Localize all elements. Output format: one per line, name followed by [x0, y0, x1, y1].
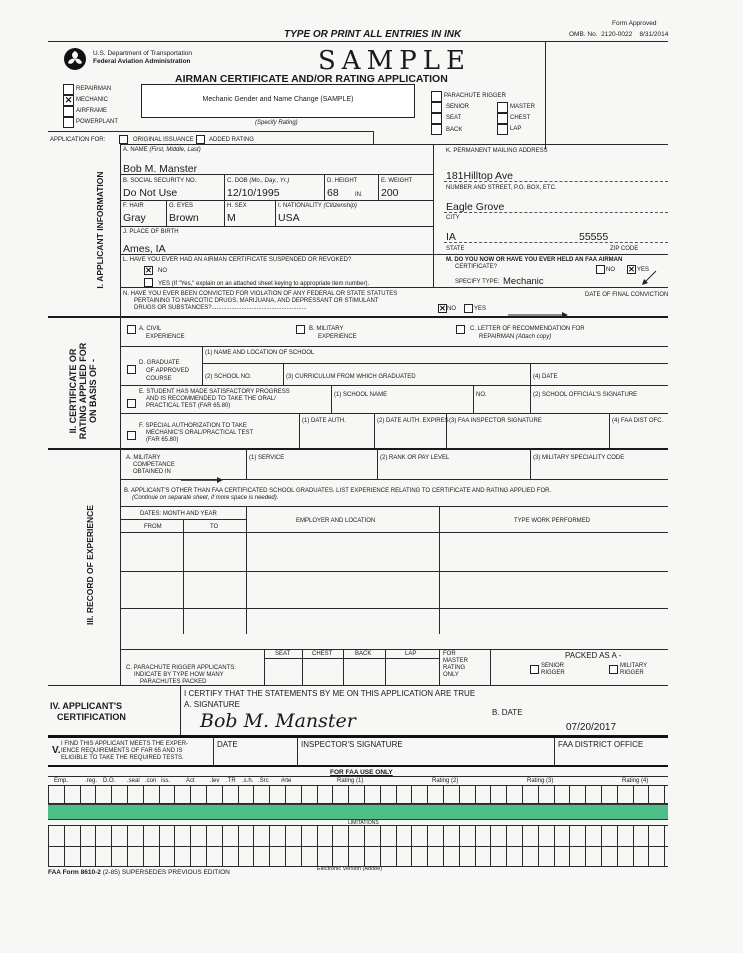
- sex-label: H. SEX: [227, 203, 247, 210]
- original-issuance-label: ORIGINAL ISSUANCE: [133, 137, 194, 144]
- eyes-label: G. EYES: [169, 203, 193, 210]
- zip-label: ZIP CODE: [610, 246, 638, 253]
- sex-field[interactable]: M: [227, 212, 236, 224]
- civil-experience-checkbox[interactable]: [127, 325, 136, 334]
- military-rigger-label-1: MILITARY: [620, 663, 647, 670]
- senior-checkbox[interactable]: [431, 102, 442, 113]
- school-no-label: (2) SCHOOL NO.: [205, 374, 251, 381]
- height-label: D. HEIGHT: [327, 178, 357, 185]
- held-cert-question-1: M. DO YOU NOW OR HAVE YOU EVER HELD AN F…: [446, 257, 622, 264]
- specialty-code-label: (3) MILITARY SPECIALITY CODE: [533, 455, 624, 462]
- master-rating-label-1: FOR: [443, 651, 456, 658]
- faa-use-title: FOR FAA USE ONLY: [330, 769, 393, 776]
- experience-row[interactable]: [121, 609, 668, 634]
- dob-field[interactable]: 12/10/1995: [227, 187, 280, 199]
- rating-value: Mechanic Gender and Name Change (SAMPLE): [142, 96, 414, 103]
- experience-row[interactable]: [121, 572, 668, 608]
- e-no-label: NO.: [476, 392, 487, 399]
- date-label: B. DATE: [492, 708, 523, 717]
- birthplace-label: J. PLACE OF BIRTH: [123, 229, 179, 236]
- military-rigger-checkbox[interactable]: [609, 665, 618, 674]
- special-auth-label-1: F. SPECIAL AUTHORIZATION TO TAKE: [139, 423, 247, 430]
- suspended-yes-checkbox[interactable]: [144, 278, 153, 287]
- inspector-date-label: DATE: [217, 740, 238, 749]
- held-cert-no-checkbox[interactable]: [596, 265, 605, 274]
- convicted-line2: PERTAINING TO NARCOTIC DRUGS, MARIJUANA,…: [134, 298, 378, 305]
- repairman-label: REPAIRMAN: [76, 86, 111, 93]
- student-progress-label-2: AND IS RECOMMENDED TO TAKE THE ORAL/: [146, 396, 276, 403]
- convicted-no-checkbox[interactable]: ✕: [438, 304, 447, 313]
- student-progress-checkbox[interactable]: [127, 399, 136, 408]
- sample-stamp: SAMPLE: [318, 46, 471, 76]
- chest-label: CHEST: [510, 115, 530, 122]
- master-label: MASTER: [510, 104, 535, 111]
- convicted-yes-checkbox[interactable]: [464, 304, 473, 313]
- address-label: K. PERMANENT MAILING ADDRESS: [446, 148, 548, 155]
- suspended-no-label: NO: [158, 268, 167, 275]
- service-label: (1) SERVICE: [249, 455, 284, 462]
- nationality-label: I. NATIONALITY (Citizenship): [278, 203, 357, 210]
- military-competance-label-3: OBTAINED IN: [133, 469, 171, 476]
- back-label: BACK: [446, 127, 462, 134]
- ssn-label: B. SOCIAL SECURITY NO.: [123, 178, 196, 185]
- arrow-right-icon: [508, 305, 568, 323]
- graduate-label-1: D. GRADUATE: [139, 360, 180, 367]
- name-label: A. NAME (First, Middle, Last): [123, 147, 201, 154]
- dob-label: C. DOB (Mo., Day., Yr.): [227, 178, 289, 185]
- rank-label: (2) RANK OR PAY LEVEL: [380, 455, 449, 462]
- form-id: FAA Form 8610-2 (2-85) SUPERSEDES PREVIO…: [48, 869, 230, 876]
- work-performed-header: TYPE WORK PERFORMED: [514, 518, 590, 525]
- packed-as-label: PACKED AS A -: [565, 651, 621, 660]
- added-rating-label: ADDED RATING: [209, 137, 254, 144]
- school-name-location-label: (1) NAME AND LOCATION OF SCHOOL: [205, 350, 314, 357]
- military-experience-label-2: EXPERIENCE: [318, 334, 357, 341]
- parachute-applicants-1: C. PARACHUTE RIGGER APPLICANTS:: [126, 665, 236, 672]
- airframe-label: AIRFRAME: [76, 108, 107, 115]
- lap-count-field[interactable]: [386, 659, 438, 685]
- street-label: NUMBER AND STREET, P.O. BOX, ETC.: [446, 185, 557, 192]
- letter-recommendation-label-2: REPAIRMAN (Attach copy): [479, 334, 551, 341]
- section5-line2: IENCE REQUIREMENTS OF FAR 65 AND IS: [61, 748, 182, 755]
- master-rating-label-2: MASTER: [443, 658, 468, 665]
- section5-line3: ELIGIBLE TO TAKE THE REQUIRED TESTS.: [61, 755, 184, 762]
- master-checkbox[interactable]: [497, 102, 508, 113]
- green-band: [48, 804, 668, 820]
- back-count-field[interactable]: [344, 659, 384, 685]
- held-cert-question-2: CERTIFICATE?: [455, 264, 497, 271]
- graduate-date-label: (4) DATE: [533, 374, 558, 381]
- military-competance-label-1: A. MILITARY: [126, 455, 160, 462]
- parachute-applicants-2: INDICATE BY TYPE HOW MANY: [134, 672, 224, 679]
- specify-type-label: SPECIFY TYPE:: [455, 279, 499, 286]
- mechanic-checkbox[interactable]: ✕: [63, 95, 74, 106]
- special-auth-label-2: MECHANIC'S ORAL/PRACTICAL TEST: [146, 430, 253, 437]
- school-official-signature-label: (2) SCHOOL OFFICIAL'S SIGNATURE: [533, 392, 637, 399]
- powerplant-label: POWERPLANT: [76, 119, 118, 126]
- employer-header: EMPLOYER AND LOCATION: [296, 518, 375, 525]
- civil-experience-label-1: A. CIVIL: [139, 326, 161, 333]
- application-for-label: APPLICATION FOR:: [50, 137, 105, 144]
- military-experience-label-1: B. MILITARY: [309, 326, 343, 333]
- certify-statement: I CERTIFY THAT THE STATEMENTS BY ME ON T…: [184, 689, 475, 698]
- curriculum-label: (3) CURRICULUM FROM WHICH GRADUATED: [286, 374, 416, 381]
- seat-count-header: SEAT: [275, 651, 290, 658]
- suspended-question: L. HAVE YOU EVER HAD AN AIRMAN CERTIFICA…: [123, 257, 351, 264]
- dates-header: DATES: MONTH AND YEAR: [140, 511, 217, 518]
- agency-line1: U.S. Department of Transportation: [93, 50, 192, 57]
- faa-dist-ofc-label: (4) FAA DIST OFC.: [612, 418, 663, 425]
- agency-line2: Federal Aviation Administration: [93, 58, 191, 65]
- section1-title: I. APPLICANT INFORMATION: [95, 150, 105, 310]
- student-progress-label-1: E. STUDENT HAS MADE SATISFACTORY PROGRES…: [139, 389, 290, 396]
- parachute-rigger-checkbox[interactable]: [431, 91, 442, 102]
- section4-title-2: CERTIFICATION: [57, 712, 126, 722]
- nationality-field[interactable]: USA: [278, 212, 300, 224]
- inspector-signature-label: INSPECTOR'S SIGNATURE: [301, 740, 403, 749]
- held-cert-no-label: NO: [606, 267, 615, 274]
- height-field[interactable]: 68: [327, 187, 339, 199]
- to-header: TO: [210, 524, 218, 531]
- master-rating-label-3: RATING: [443, 665, 465, 672]
- back-count-header: BACK: [355, 651, 371, 658]
- convicted-yes-label: YES: [474, 306, 486, 313]
- back-checkbox[interactable]: [431, 124, 442, 135]
- student-progress-label-3: PRACTICAL TEST (FAR 65.80): [146, 403, 230, 410]
- signature-field[interactable]: Bob M. Manster: [200, 710, 356, 732]
- omb-number: OMB. No. 2120-0022 8/31/2014: [569, 31, 668, 38]
- airframe-checkbox[interactable]: [63, 106, 74, 117]
- letter-recommendation-label-1: C. LETTER OF RECOMMENDATION FOR: [470, 326, 585, 333]
- senior-rigger-checkbox[interactable]: [530, 665, 539, 674]
- electronic-version: Electronic Version (Adobe): [317, 866, 382, 872]
- ink-instruction: TYPE OR PRINT ALL ENTRIES IN INK: [284, 29, 461, 40]
- powerplant-checkbox[interactable]: [63, 117, 74, 128]
- graduate-course-checkbox[interactable]: [127, 365, 136, 374]
- signature-label: A. SIGNATURE: [184, 700, 240, 709]
- ssn-field[interactable]: Do Not Use: [123, 187, 177, 199]
- section3-title: III. RECORD OF EXPERIENCE: [85, 485, 95, 645]
- eyes-field[interactable]: Brown: [169, 212, 199, 224]
- experience-row[interactable]: [121, 533, 668, 571]
- section5-line1: I FIND THIS APPLICANT MEETS THE EXPER-: [61, 741, 188, 748]
- added-rating-checkbox[interactable]: [196, 135, 205, 144]
- weight-label: E. WEIGHT: [381, 178, 412, 185]
- section4-title-1: IV. APPLICANT'S: [50, 701, 122, 711]
- limitations-grid[interactable]: [48, 825, 668, 866]
- faa-inspector-signature-label: (3) FAA INSPECTOR SIGNATURE: [449, 418, 542, 425]
- mechanic-label: MECHANIC: [76, 97, 108, 104]
- convicted-line3: DRUGS OR SUBSTANCES?....................…: [134, 305, 307, 312]
- convicted-no-label: NO: [447, 306, 456, 313]
- lap-count-header: LAP: [405, 651, 416, 658]
- master-rating-label-4: ONLY: [443, 672, 459, 679]
- hair-label: F. HAIR: [123, 203, 144, 210]
- date-auth-expires-label: (2) DATE AUTH. EXPIRES: [377, 418, 449, 425]
- experience-instructions-1: B. APPLICANT'S OTHER THAN FAA CERTIFICAT…: [124, 488, 551, 495]
- height-unit: IN.: [355, 192, 363, 199]
- date-field[interactable]: 07/20/2017: [566, 722, 616, 733]
- senior-rigger-label-1: SENIOR: [541, 663, 564, 670]
- chest-count-header: CHEST: [312, 651, 332, 658]
- graduate-label-3: COURSE: [146, 376, 172, 383]
- chest-count-field[interactable]: [303, 659, 342, 685]
- senior-rigger-label-2: RIGGER: [541, 670, 565, 677]
- from-header: FROM: [144, 524, 162, 531]
- e-school-name-label: (1) SCHOOL NAME: [334, 392, 387, 399]
- seat-checkbox[interactable]: [431, 113, 442, 124]
- graduate-label-2: OF APPROVED: [146, 368, 189, 375]
- hair-field[interactable]: Gray: [123, 212, 146, 224]
- military-rigger-label-2: RIGGER: [620, 670, 644, 677]
- senior-label: SENIOR: [446, 104, 469, 111]
- faa-use-grid[interactable]: [48, 776, 668, 803]
- form-approved: Form Approved: [612, 20, 656, 27]
- parachute-rigger-label: PARACHUTE RIGGER: [444, 93, 506, 100]
- district-office-label: FAA DISTRICT OFFICE: [558, 740, 643, 749]
- suspended-no-checkbox[interactable]: ✕: [144, 266, 153, 275]
- experience-instructions-2: (Continue on separate sheet, if more spa…: [132, 495, 278, 502]
- city-label: CITY: [446, 215, 460, 222]
- special-authorization-checkbox[interactable]: [127, 431, 136, 440]
- date-auth-label: (1) DATE AUTH.: [302, 418, 346, 425]
- chest-checkbox[interactable]: [497, 113, 508, 124]
- held-cert-yes-checkbox[interactable]: ✕: [627, 265, 636, 274]
- original-issuance-checkbox[interactable]: [119, 135, 128, 144]
- letter-recommendation-checkbox[interactable]: [456, 325, 465, 334]
- rating-caption: (Specify Rating): [255, 120, 298, 126]
- lap-label: LAP: [510, 126, 521, 133]
- section2-title: II. CERTIFICATE ORRATING APPLIED FORON B…: [68, 326, 98, 456]
- rating-field[interactable]: Mechanic Gender and Name Change (SAMPLE): [141, 84, 415, 118]
- state-label: STATE: [446, 246, 464, 253]
- weight-field[interactable]: 200: [381, 187, 399, 199]
- section5-roman: V.: [52, 745, 61, 756]
- repairman-checkbox[interactable]: [63, 84, 74, 95]
- seat-count-field[interactable]: [265, 659, 301, 685]
- lap-checkbox[interactable]: [497, 124, 508, 135]
- military-experience-checkbox[interactable]: [296, 325, 305, 334]
- military-competance-label-2: COMPETANCE: [133, 462, 175, 469]
- special-auth-label-3: (FAR 65.80): [146, 437, 178, 444]
- seat-label: SEAT: [446, 115, 461, 122]
- dot-logo-icon: [64, 48, 86, 70]
- convicted-line1: N. HAVE YOU EVER BEEN CONVICTED FOR VIOL…: [123, 291, 397, 298]
- civil-experience-label-2: EXPERIENCE: [146, 334, 185, 341]
- conviction-date-label: DATE OF FINAL CONVICTION: [585, 292, 668, 299]
